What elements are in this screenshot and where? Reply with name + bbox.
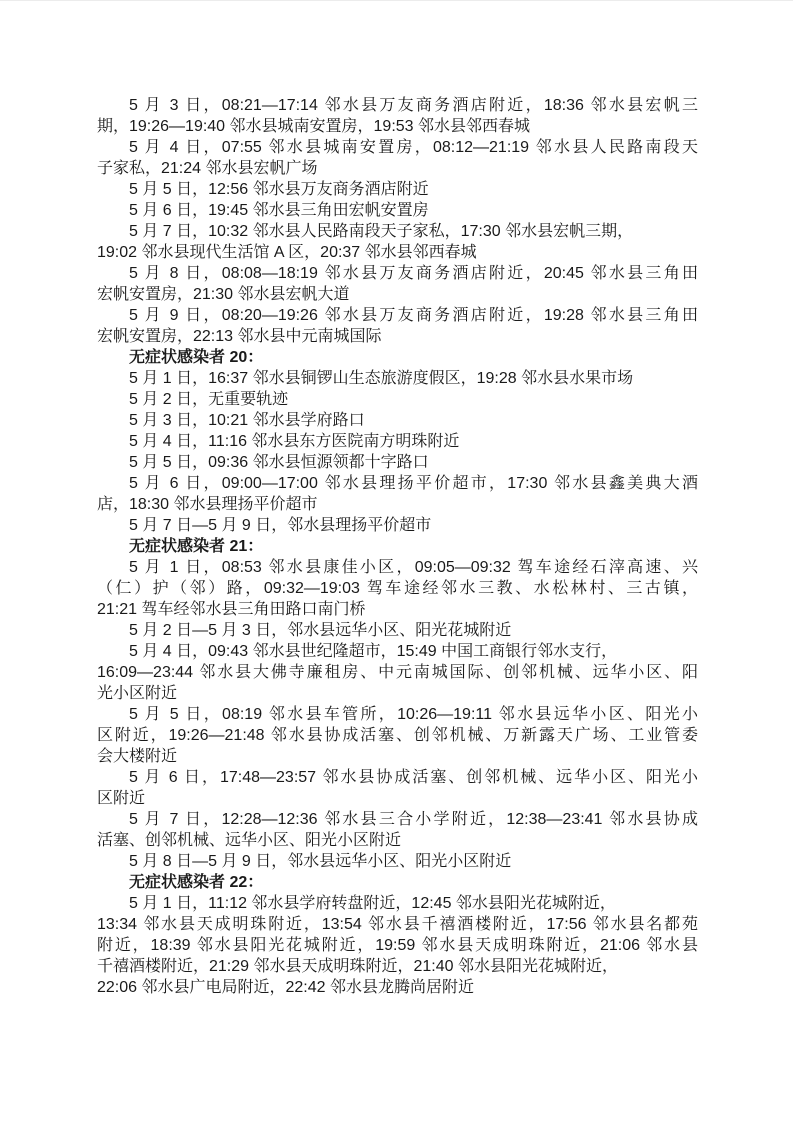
text-line: 5 月 4 日，07:55 邻水县城南安置房，08:12—21:19 邻水县人民…	[97, 137, 698, 158]
text-line: 5 月 6 日，19:45 邻水县三角田宏帆安置房	[97, 200, 698, 221]
case-header: 无症状感染者 20：	[97, 347, 698, 368]
text-line: 5 月 9 日，08:20—19:26 邻水县万友商务酒店附近，19:28 邻水…	[97, 305, 698, 326]
text-line: 5 月 5 日，08:19 邻水县车管所，10:26—19:11 邻水县远华小区…	[97, 704, 698, 725]
text-line: 光小区附近	[97, 683, 698, 704]
text-line: 区附近，19:26—21:48 邻水县协成活塞、创邻机械、万新露天广场、工业管委	[97, 725, 698, 746]
text-line: 5 月 4 日，11:16 邻水县东方医院南方明珠附近	[97, 431, 698, 452]
text-line: 5 月 6 日，09:00—17:00 邻水县理扬平价超市，17:30 邻水县鑫…	[97, 473, 698, 494]
text-line: 5 月 8 日—5 月 9 日，邻水县远华小区、阳光小区附近	[97, 851, 698, 872]
document-content: 5 月 3 日，08:21—17:14 邻水县万友商务酒店附近，18:36 邻水…	[97, 95, 698, 998]
text-line: 21:21 驾车经邻水县三角田路口南门桥	[97, 599, 698, 620]
text-line: 会大楼附近	[97, 746, 698, 767]
text-line: 5 月 5 日，12:56 邻水县万友商务酒店附近	[97, 179, 698, 200]
text-line: 5 月 1 日，11:12 邻水县学府转盘附近，12:45 邻水县阳光花城附近，	[97, 893, 698, 914]
text-line: 子家私，21:24 邻水县宏帆广场	[97, 158, 698, 179]
text-line: 13:34 邻水县天成明珠附近，13:54 邻水县千禧酒楼附近，17:56 邻水…	[97, 914, 698, 935]
text-line: 宏帆安置房，22:13 邻水县中元南城国际	[97, 326, 698, 347]
text-line: 期，19:26—19:40 邻水县城南安置房，19:53 邻水县邻西春城	[97, 116, 698, 137]
text-line: （仁）护（邻）路，09:32—19:03 驾车途经邻水三教、水松林村、三古镇，	[97, 578, 698, 599]
text-line: 5 月 5 日，09:36 邻水县恒源领都十字路口	[97, 452, 698, 473]
text-line: 5 月 7 日，10:32 邻水县人民路南段天子家私，17:30 邻水县宏帆三期…	[97, 221, 698, 242]
text-line: 16:09—23:44 邻水县大佛寺廉租房、中元南城国际、创邻机械、远华小区、阳	[97, 662, 698, 683]
text-line: 5 月 4 日，09:43 邻水县世纪隆超市，15:49 中国工商银行邻水支行，	[97, 641, 698, 662]
text-line: 5 月 3 日，10:21 邻水县学府路口	[97, 410, 698, 431]
text-line: 5 月 8 日，08:08—18:19 邻水县万友商务酒店附近，20:45 邻水…	[97, 263, 698, 284]
text-line: 5 月 2 日—5 月 3 日，邻水县远华小区、阳光花城附近	[97, 620, 698, 641]
text-line: 22:06 邻水县广电局附近，22:42 邻水县龙腾尚居附近	[97, 977, 698, 998]
text-line: 活塞、创邻机械、远华小区、阳光小区附近	[97, 830, 698, 851]
text-line: 5 月 1 日，08:53 邻水县康佳小区，09:05—09:32 驾车途经石滓…	[97, 557, 698, 578]
text-line: 5 月 3 日，08:21—17:14 邻水县万友商务酒店附近，18:36 邻水…	[97, 95, 698, 116]
text-line: 5 月 1 日，16:37 邻水县铜锣山生态旅游度假区，19:28 邻水县水果市…	[97, 368, 698, 389]
text-line: 5 月 7 日，12:28—12:36 邻水县三合小学附近，12:38—23:4…	[97, 809, 698, 830]
case-header: 无症状感染者 21：	[97, 536, 698, 557]
text-line: 宏帆安置房，21:30 邻水县宏帆大道	[97, 284, 698, 305]
text-line: 区附近	[97, 788, 698, 809]
text-line: 5 月 2 日，无重要轨迹	[97, 389, 698, 410]
case-header: 无症状感染者 22：	[97, 872, 698, 893]
document-page: 5 月 3 日，08:21—17:14 邻水县万友商务酒店附近，18:36 邻水…	[0, 0, 793, 1122]
text-line: 19:02 邻水县现代生活馆 A 区，20:37 邻水县邻西春城	[97, 242, 698, 263]
text-line: 附近，18:39 邻水县阳光花城附近，19:59 邻水县天成明珠附近，21:06…	[97, 935, 698, 956]
text-line: 5 月 6 日，17:48—23:57 邻水县协成活塞、创邻机械、远华小区、阳光…	[97, 767, 698, 788]
text-line: 5 月 7 日—5 月 9 日，邻水县理扬平价超市	[97, 515, 698, 536]
text-line: 千禧酒楼附近，21:29 邻水县天成明珠附近，21:40 邻水县阳光花城附近，	[97, 956, 698, 977]
text-line: 店，18:30 邻水县理扬平价超市	[97, 494, 698, 515]
